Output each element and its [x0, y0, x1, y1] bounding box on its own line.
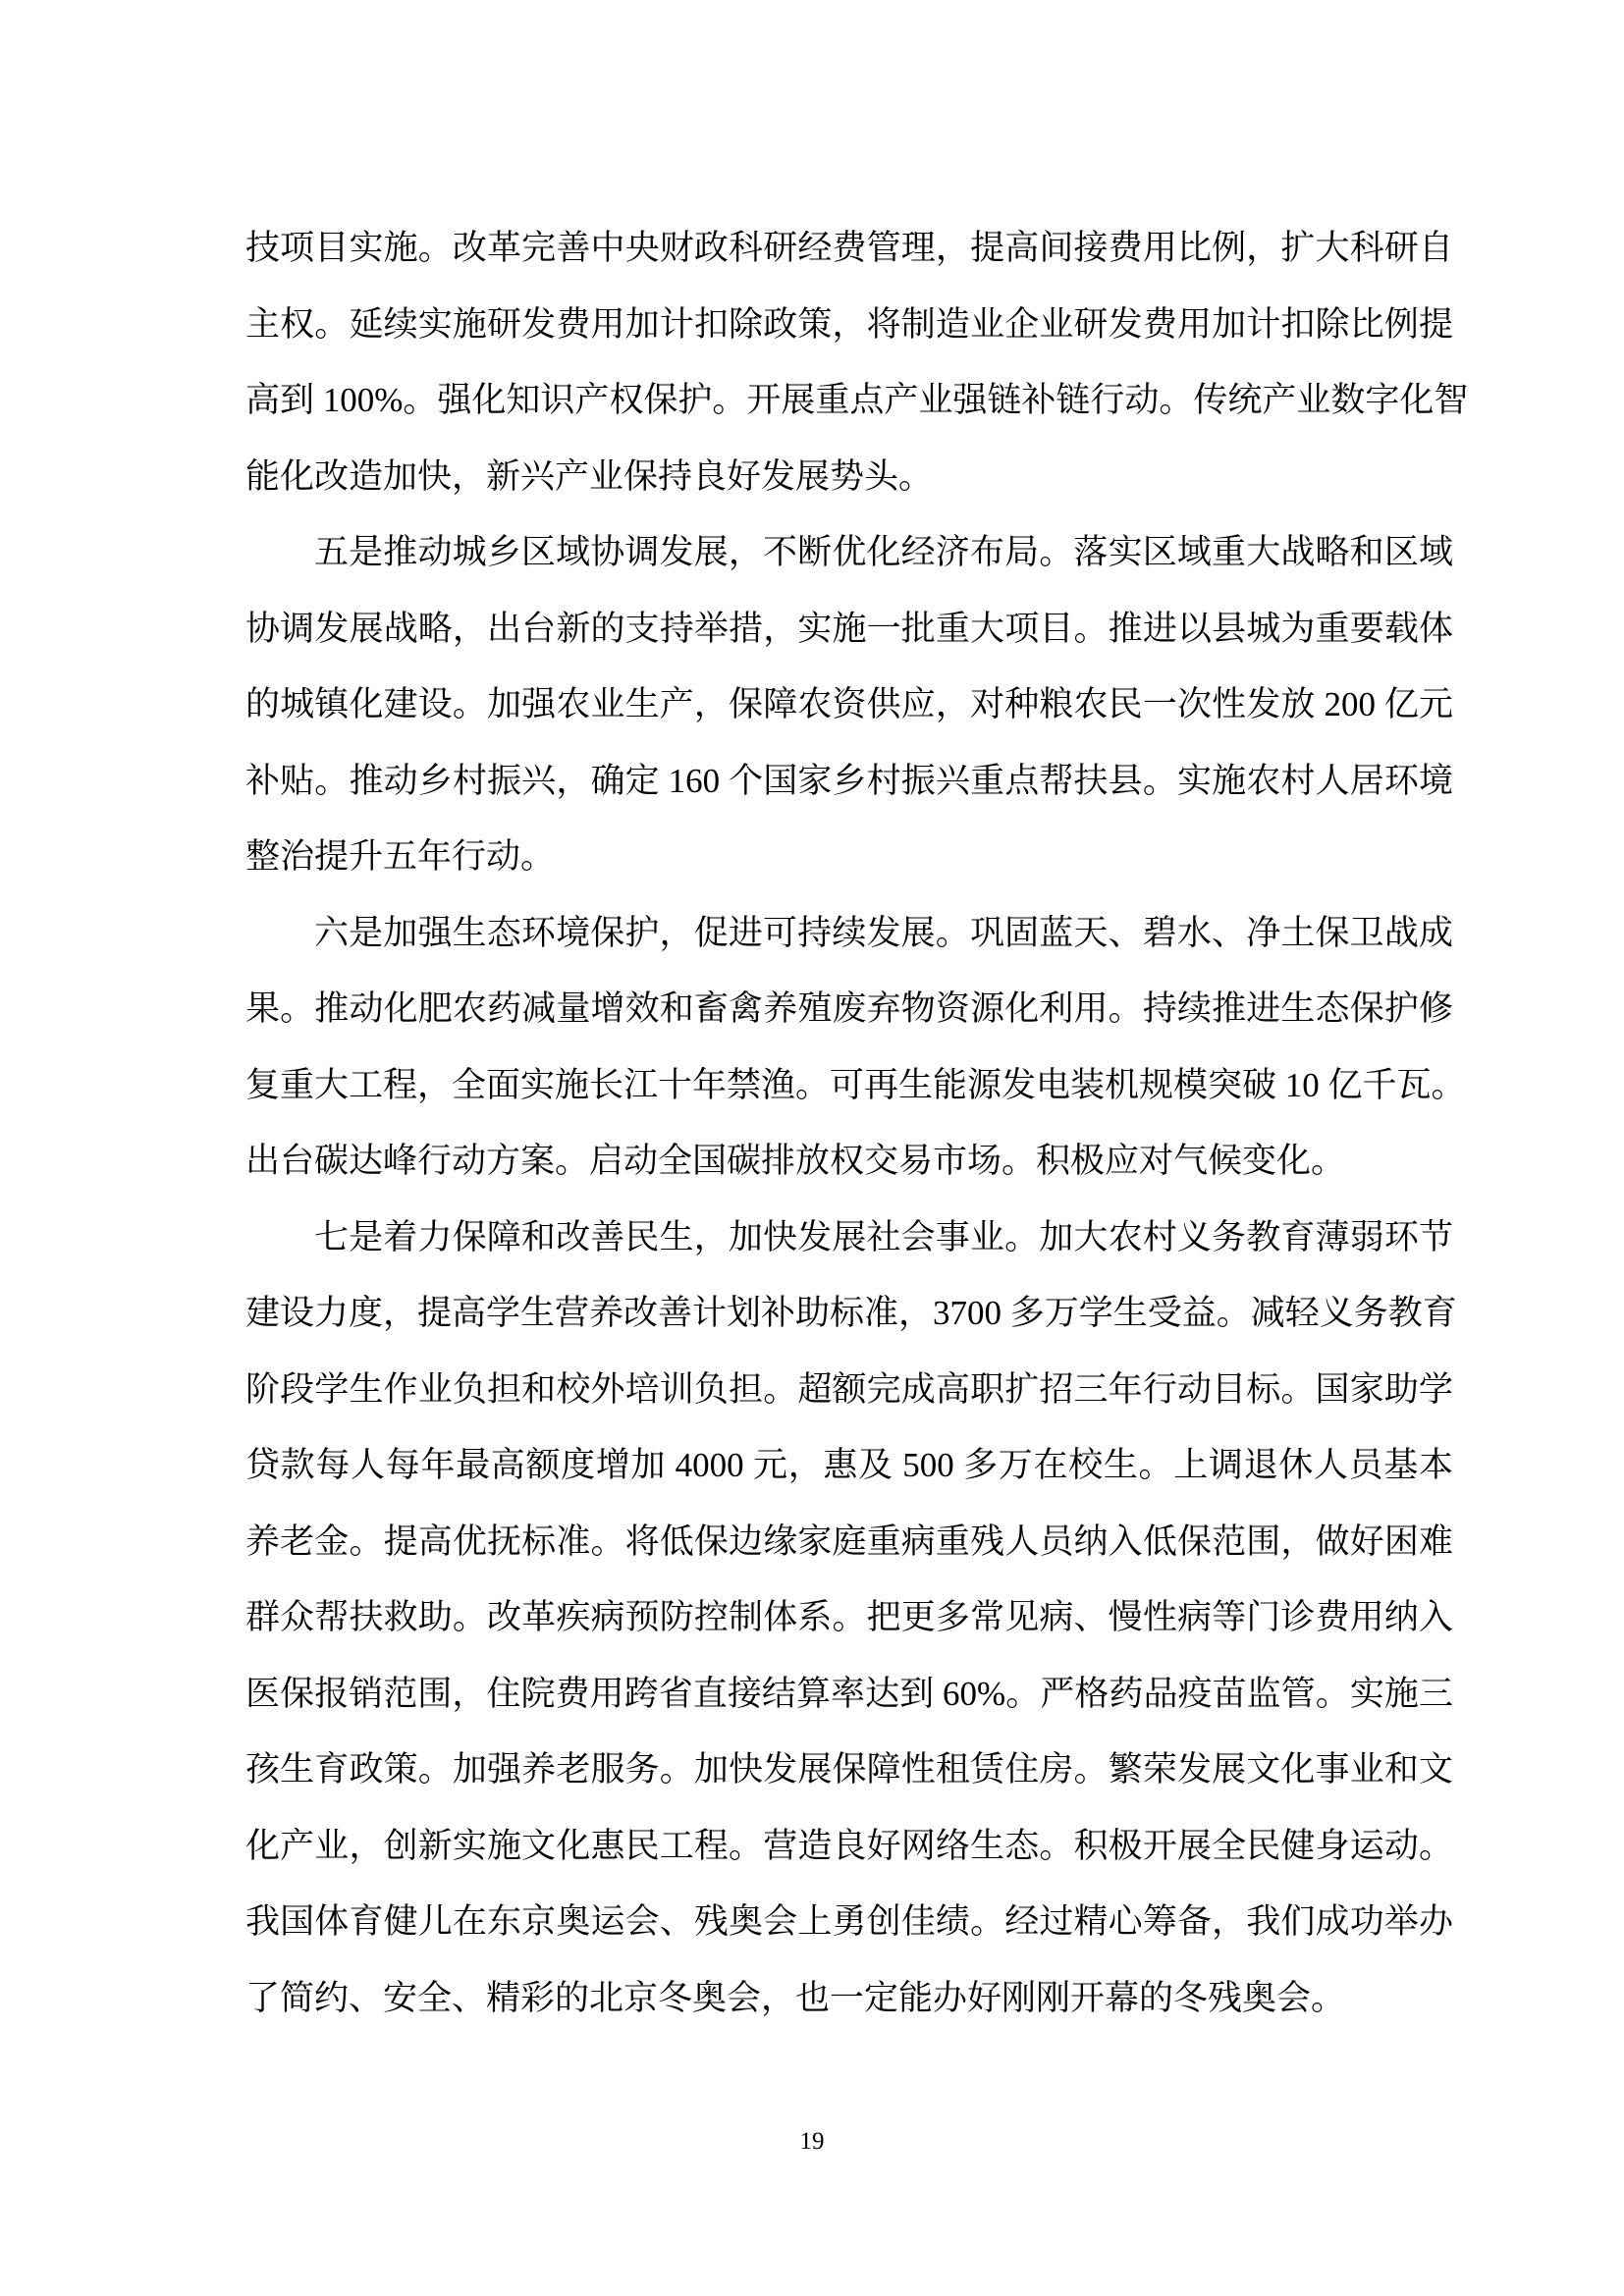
document-page: 技项目实施。改革完善中央财政科研经费管理，提高间接费用比例，扩大科研自 主权。延…: [0, 0, 1624, 2296]
text-line: 的城镇化建设。加强农业生产，保障农资供应，对种粮农民一次性发放 200 亿元: [245, 667, 1453, 743]
text-line: 群众帮扶救助。改革疾病预防控制体系。把更多常见病、慢性病等门诊费用纳入: [245, 1579, 1453, 1656]
text-line: 七是着力保障和改善民生，加快发展社会事业。加大农村义务教育薄弱环节: [245, 1200, 1453, 1276]
text-line: 出台碳达峰行动方案。启动全国碳排放权交易市场。积极应对气候变化。: [245, 1123, 1453, 1200]
text-body: 技项目实施。改革完善中央财政科研经费管理，提高间接费用比例，扩大科研自 主权。延…: [245, 210, 1453, 2036]
text-line: 我国体育健儿在东京奥运会、残奥会上勇创佳绩。经过精心筹备，我们成功举办: [245, 1884, 1453, 1960]
text-line: 建设力度，提高学生营养改善计划补助标准，3700 多万学生受益。减轻义务教育: [245, 1275, 1453, 1352]
text-line: 孩生育政策。加强养老服务。加快发展保障性租赁住房。繁荣发展文化事业和文: [245, 1732, 1453, 1808]
text-line: 六是加强生态环境保护，促进可持续发展。巩固蓝天、碧水、净土保卫战成: [245, 895, 1453, 972]
text-line: 能化改造加快，新兴产业保持良好发展势头。: [245, 439, 1453, 515]
text-line: 复重大工程，全面实施长江十年禁渔。可再生能源发电装机规模突破 10 亿千瓦。: [245, 1047, 1453, 1124]
page-number: 19: [0, 2128, 1624, 2156]
text-line: 整治提升五年行动。: [245, 819, 1453, 895]
text-line: 了简约、安全、精彩的北京冬奥会，也一定能办好刚刚开幕的冬残奥会。: [245, 1960, 1453, 2037]
text-line: 五是推动城乡区域协调发展，不断优化经济布局。落实区域重大战略和区域: [245, 514, 1453, 591]
text-line: 化产业，创新实施文化惠民工程。营造良好网络生态。积极开展全民健身运动。: [245, 1808, 1453, 1885]
text-line: 阶段学生作业负担和校外培训负担。超额完成高职扩招三年行动目标。国家助学: [245, 1352, 1453, 1428]
text-line: 医保报销范围，住院费用跨省直接结算率达到 60%。严格药品疫苗监管。实施三: [245, 1656, 1453, 1733]
text-line: 贷款每人每年最高额度增加 4000 元，惠及 500 多万在校生。上调退休人员基…: [245, 1427, 1453, 1504]
text-line: 养老金。提高优抚标准。将低保边缘家庭重病重残人员纳入低保范围，做好困难: [245, 1504, 1453, 1580]
text-line: 技项目实施。改革完善中央财政科研经费管理，提高间接费用比例，扩大科研自: [245, 210, 1453, 287]
text-line: 高到 100%。强化知识产权保护。开展重点产业强链补链行动。传统产业数字化智: [245, 362, 1453, 439]
text-line: 主权。延续实施研发费用加计扣除政策，将制造业企业研发费用加计扣除比例提: [245, 287, 1453, 363]
text-line: 协调发展战略，出台新的支持举措，实施一批重大项目。推进以县城为重要载体: [245, 591, 1453, 667]
text-line: 果。推动化肥农药减量增效和畜禽养殖废弃物资源化利用。持续推进生态保护修: [245, 971, 1453, 1047]
text-line: 补贴。推动乡村振兴，确定 160 个国家乡村振兴重点帮扶县。实施农村人居环境: [245, 743, 1453, 820]
